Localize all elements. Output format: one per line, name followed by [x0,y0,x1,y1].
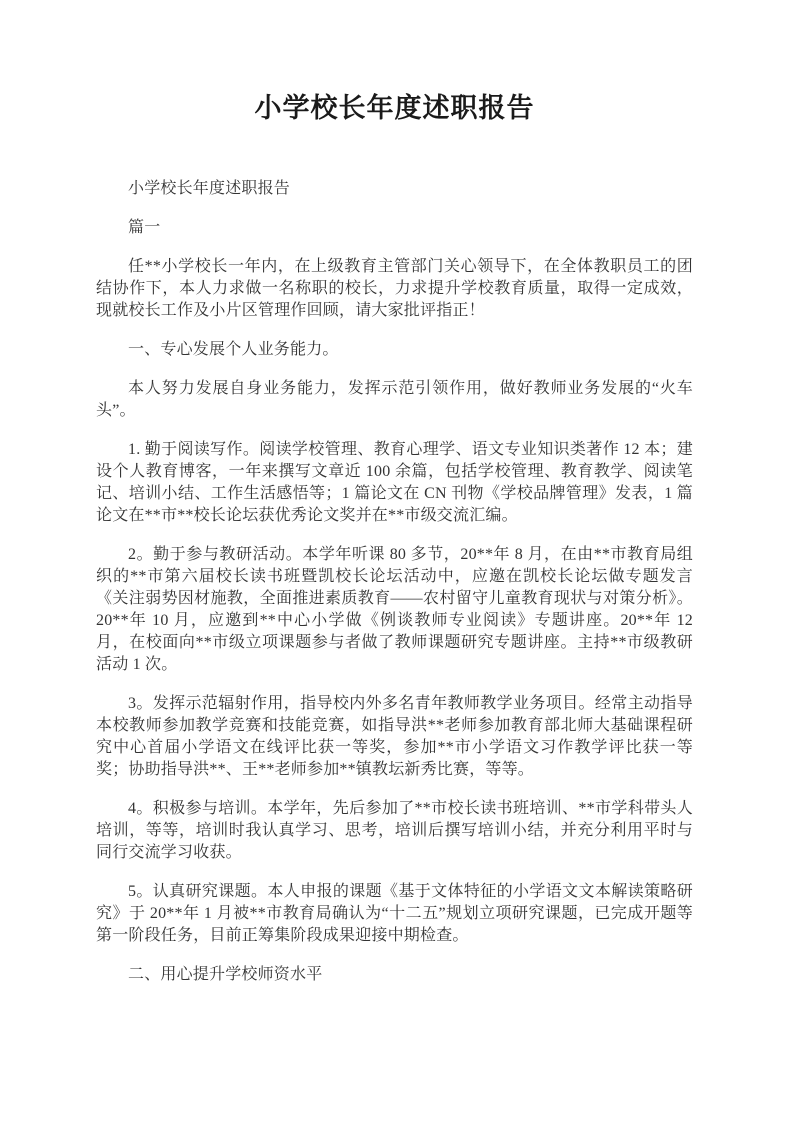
heading-section-2: 二、用心提升学校师资水平 [96,964,693,986]
document-body: 小学校长年度述职报告 篇一 任**小学校长一年内，在上级教育主管部门关心领导下，… [96,178,693,986]
document-title: 小学校长年度述职报告 [96,92,693,124]
document-page: 小学校长年度述职报告 小学校长年度述职报告 篇一 任**小学校长一年内，在上级教… [0,0,793,1122]
paragraph-part-label: 篇一 [96,217,693,239]
paragraph-intro: 任**小学校长一年内，在上级教育主管部门关心领导下，在全体教职员工的团结协作下，… [96,256,693,322]
paragraph-item-4: 4。积极参与培训。本学年，先后参加了**市校长读书班培训、**市学科带头人培训，… [96,798,693,864]
paragraph-item-1: 1. 勤于阅读写作。阅读学校管理、教育心理学、语文专业知识类著作 12 本；建设… [96,439,693,527]
paragraph-item-2: 2。勤于参与教研活动。本学年听课 80 多节，20**年 8 月，在由**市教育… [96,544,693,676]
heading-section-1: 一、专心发展个人业务能力。 [96,339,693,361]
paragraph-item-3: 3。发挥示范辐射作用，指导校内外多名青年教师教学业务项目。经常主动指导本校教师参… [96,693,693,781]
paragraph-item-5: 5。认真研究课题。本人申报的课题《基于文体特征的小学语文文本解读策略研究》于 2… [96,881,693,947]
paragraph-subtitle: 小学校长年度述职报告 [96,178,693,200]
paragraph-overview: 本人努力发展自身业务能力，发挥示范引领作用，做好教师业务发展的“火车头”。 [96,378,693,422]
